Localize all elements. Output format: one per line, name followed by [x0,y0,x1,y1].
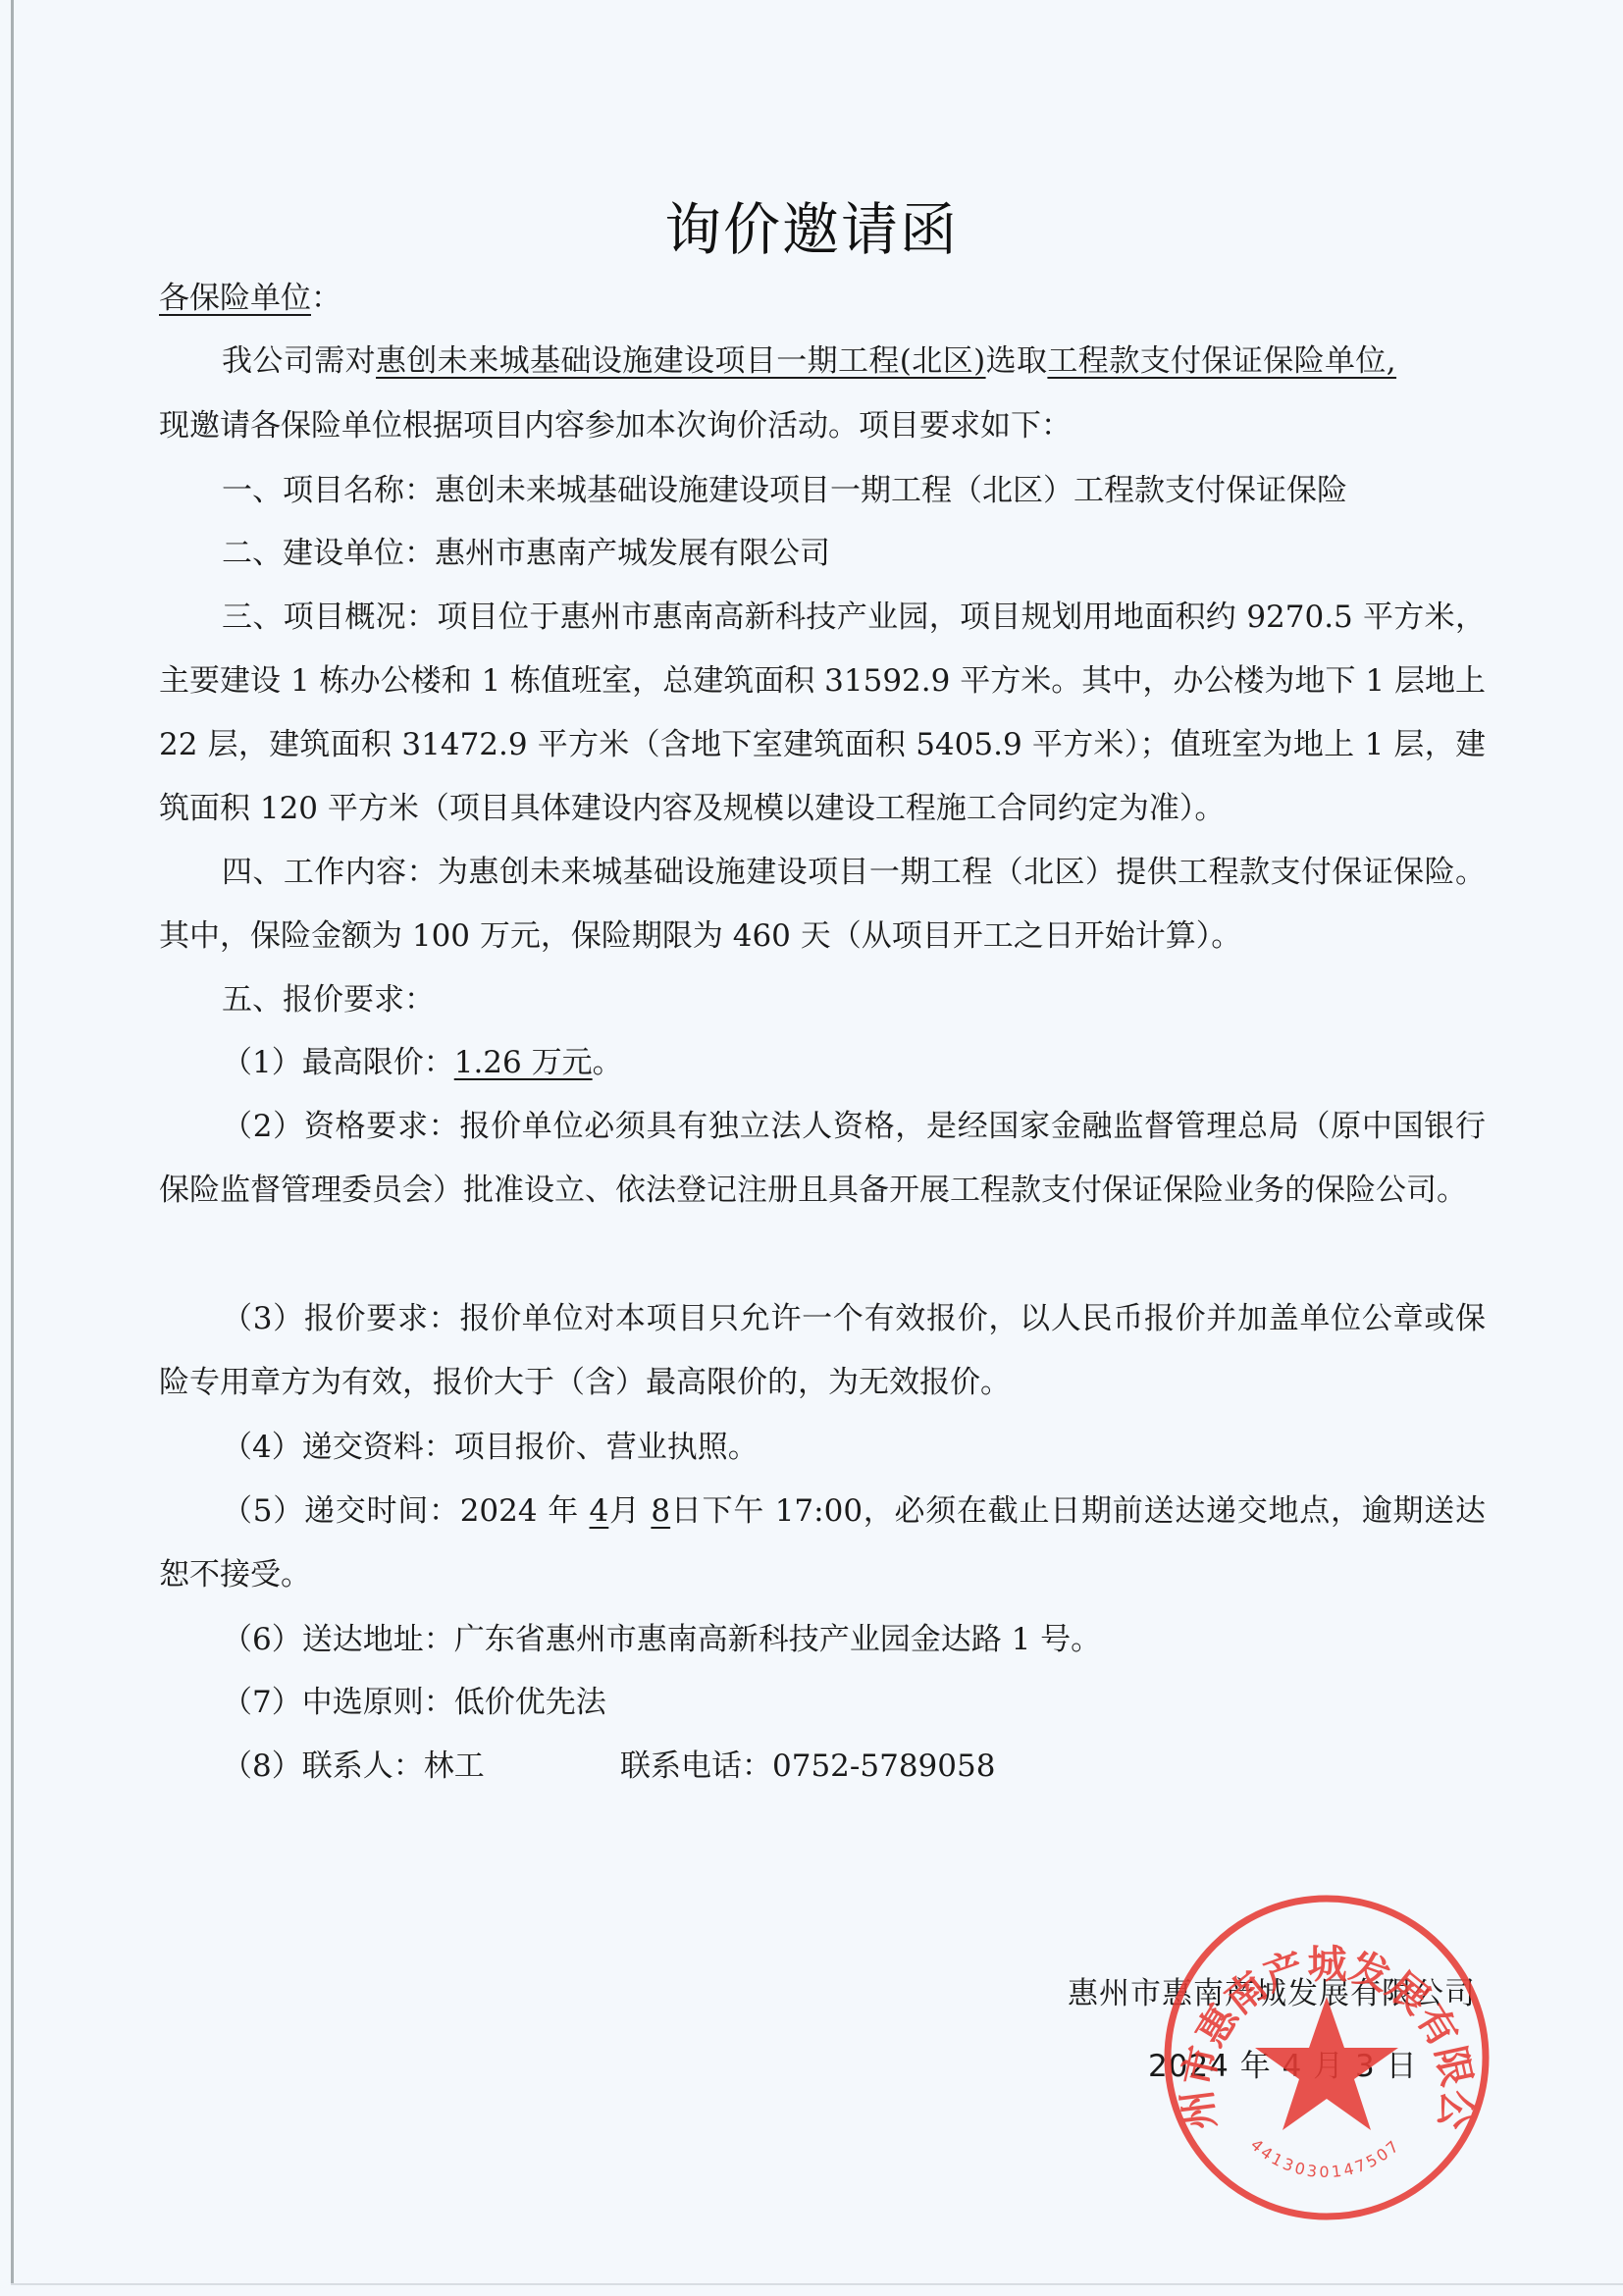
seal-code: 4413030147507 [1247,2135,1404,2181]
section-builder: 二、建设单位：惠州市惠南产城发展有限公司 [222,522,830,585]
section-work-content: 四、工作内容：为惠创未来城基础设施建设项目一期工程（北区）提供工程款支付保证保险… [159,841,1486,968]
company-seal-icon: 惠州市惠南产城发展有限公司 4413030147507 [1158,1889,1496,2227]
page-edge-bottom [11,2283,1623,2285]
intro-prefix: 我公司需对 [222,343,376,379]
req-contact-phone: 联系电话：0752-5789058 [620,1735,995,1798]
section-heading: 四、工作内容： [222,855,438,890]
section-heading: 三、项目概况： [222,600,437,635]
deadline-day: 8 [651,1493,670,1529]
req-contact: （8）联系人：林工 [222,1735,485,1798]
svg-text:4413030147507: 4413030147507 [1247,2135,1404,2181]
phone-label: 联系电话： [620,1748,772,1784]
req-address: （6）送达地址：广东省惠州市惠南高新科技产业园金达路 1 号。 [222,1608,1101,1671]
salutation-colon: ： [311,281,341,316]
deadline-month: 4 [590,1493,609,1529]
req-qualification: （2）资格要求：报价单位必须具有独立法人资格，是经国家金融监督管理总局（原中国银… [159,1095,1486,1223]
page-edge-left [11,0,14,2284]
req-text: 项目报价、营业执照。 [454,1430,759,1465]
max-price-value: 1.26 万元 [454,1045,593,1080]
req-label: （8）联系人： [222,1748,424,1784]
salutation: 各保险单位： [159,267,341,330]
req-label: （7）中选原则： [222,1685,454,1720]
req-text: 低价优先法 [454,1685,606,1720]
req-label: （4）递交资料： [222,1430,454,1465]
section-project-name: 一、项目名称：惠创未来城基础设施建设项目一期工程（北区）工程款支付保证保险 [222,459,1347,522]
intro-project-name: 惠创未来城基础设施建设项目一期工程(北区) [376,343,986,379]
req-documents: （4）递交资料：项目报价、营业执照。 [222,1416,759,1479]
intro-middle: 选取 [986,343,1048,379]
intro-line-2: 现邀请各保险单位根据项目内容参加本次询价活动。项目要求如下： [159,394,1072,457]
section-overview: 三、项目概况：项目位于惠州市惠南高新科技产业园，项目规划用地面积约 9270.5… [159,586,1486,841]
req-deadline: （5）递交时间：2024 年 4月 8日下午 17:00，必须在截止日期前送达递… [159,1480,1486,1607]
deadline-month-unit: 月 [608,1493,651,1529]
req-label: （6）送达地址： [222,1622,454,1657]
section-quote-requirements: 五、报价要求： [222,968,435,1031]
section-heading: 一、项目名称： [222,473,435,508]
deadline-year: 2024 年 [460,1493,590,1529]
req-quote-rules: （3）报价要求：报价单位对本项目只允许一个有效报价，以人民币报价并加盖单位公章或… [159,1287,1486,1415]
req-label: （5）递交时间： [222,1493,460,1529]
req-text: 广东省惠州市惠南高新科技产业园金达路 1 号。 [454,1622,1101,1657]
req-label: （3）报价要求： [222,1301,459,1336]
req-selection-rule: （7）中选原则：低价优先法 [222,1671,606,1734]
section-text: 惠州市惠南产城发展有限公司 [435,536,830,571]
req-suffix: 。 [593,1045,623,1080]
intro-service: 工程款支付保证保险单位, [1047,343,1396,379]
req-label: （2）资格要求： [222,1109,459,1144]
phone-number: 0752-5789058 [772,1748,995,1784]
contact-name: 林工 [424,1748,485,1784]
req-max-price: （1）最高限价：1.26 万元。 [222,1031,623,1094]
section-heading: 二、建设单位： [222,536,435,571]
section-text: 惠创未来城基础设施建设项目一期工程（北区）工程款支付保证保险 [435,473,1347,508]
document-title: 询价邀请函 [0,183,1623,266]
req-label: （1）最高限价： [222,1045,454,1080]
salutation-recipient: 各保险单位 [159,281,311,316]
intro-line-1: 我公司需对惠创未来城基础设施建设项目一期工程(北区)选取工程款支付保证保险单位, [222,330,1396,392]
